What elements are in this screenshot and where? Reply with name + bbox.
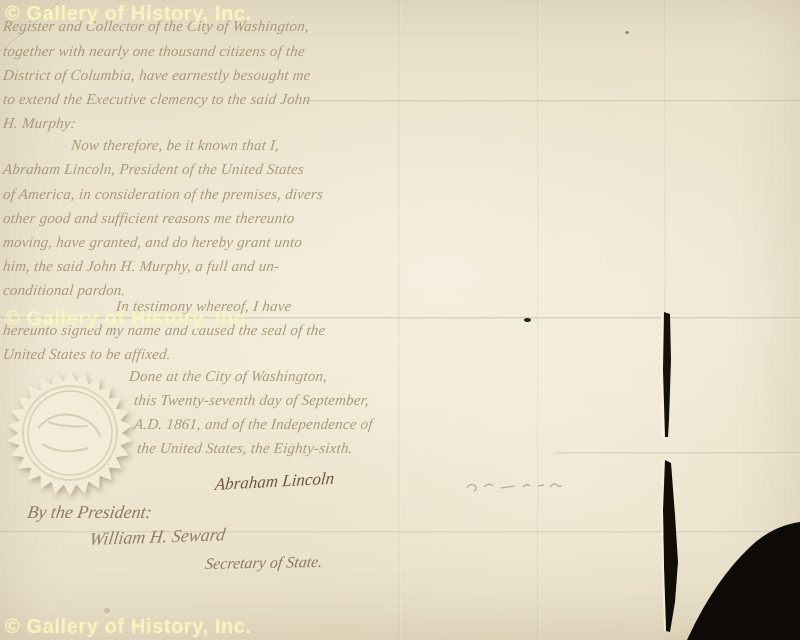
scanned-pardon-document: Register and Collector of the City of Wa… [0,0,800,640]
document-line: together with nearly one thousand citize… [2,43,306,62]
document-line: of America, in consideration of the prem… [2,186,324,205]
document-line: him, the said John H. Murphy, a full and… [2,258,280,277]
watermark-middle: © Gallery of History, Inc. [5,308,252,331]
document-line: District of Columbia, have earnestly bes… [2,67,311,86]
ink-speck [524,318,531,322]
fold-crease-vertical-center [398,0,401,640]
embossed-seal [4,366,136,502]
paper-stain [104,608,110,613]
fold-crease-vertical-right [537,0,540,640]
watermark-top: © Gallery of History, Inc. [5,3,252,26]
secretary-of-state-label: Secretary of State. [204,554,323,574]
document-line: Done at the City of Washington, [128,368,328,387]
torn-corner-black [680,515,800,640]
faint-docket-mark [463,474,573,498]
document-line: this Twenty-seventh day of September, [133,392,370,411]
seal-graphic [4,366,136,502]
document-line: the United States, the Eighty-sixth. [136,440,353,459]
document-line: H. Murphy: [2,115,77,134]
fold-crease-horizontal-upper [305,100,800,103]
fold-crease-vertical-tear-line [664,0,667,315]
document-line: Now therefore, be it known that I, [70,137,280,156]
by-the-president-label: By the President: [26,502,153,523]
document-line: moving, have granted, and do hereby gran… [2,234,303,253]
document-line: United States to be affixed. [2,346,172,365]
document-line: conditional pardon. [2,282,126,301]
document-line: to extend the Executive clemency to the … [2,91,311,110]
watermark-bottom: © Gallery of History, Inc. [5,616,252,639]
document-line: Abraham Lincoln, President of the United… [2,161,305,180]
document-line: A.D. 1861, and of the Independence of [133,416,374,435]
paper-fleck [625,31,629,34]
document-line: other good and sufficient reasons me the… [2,210,295,229]
